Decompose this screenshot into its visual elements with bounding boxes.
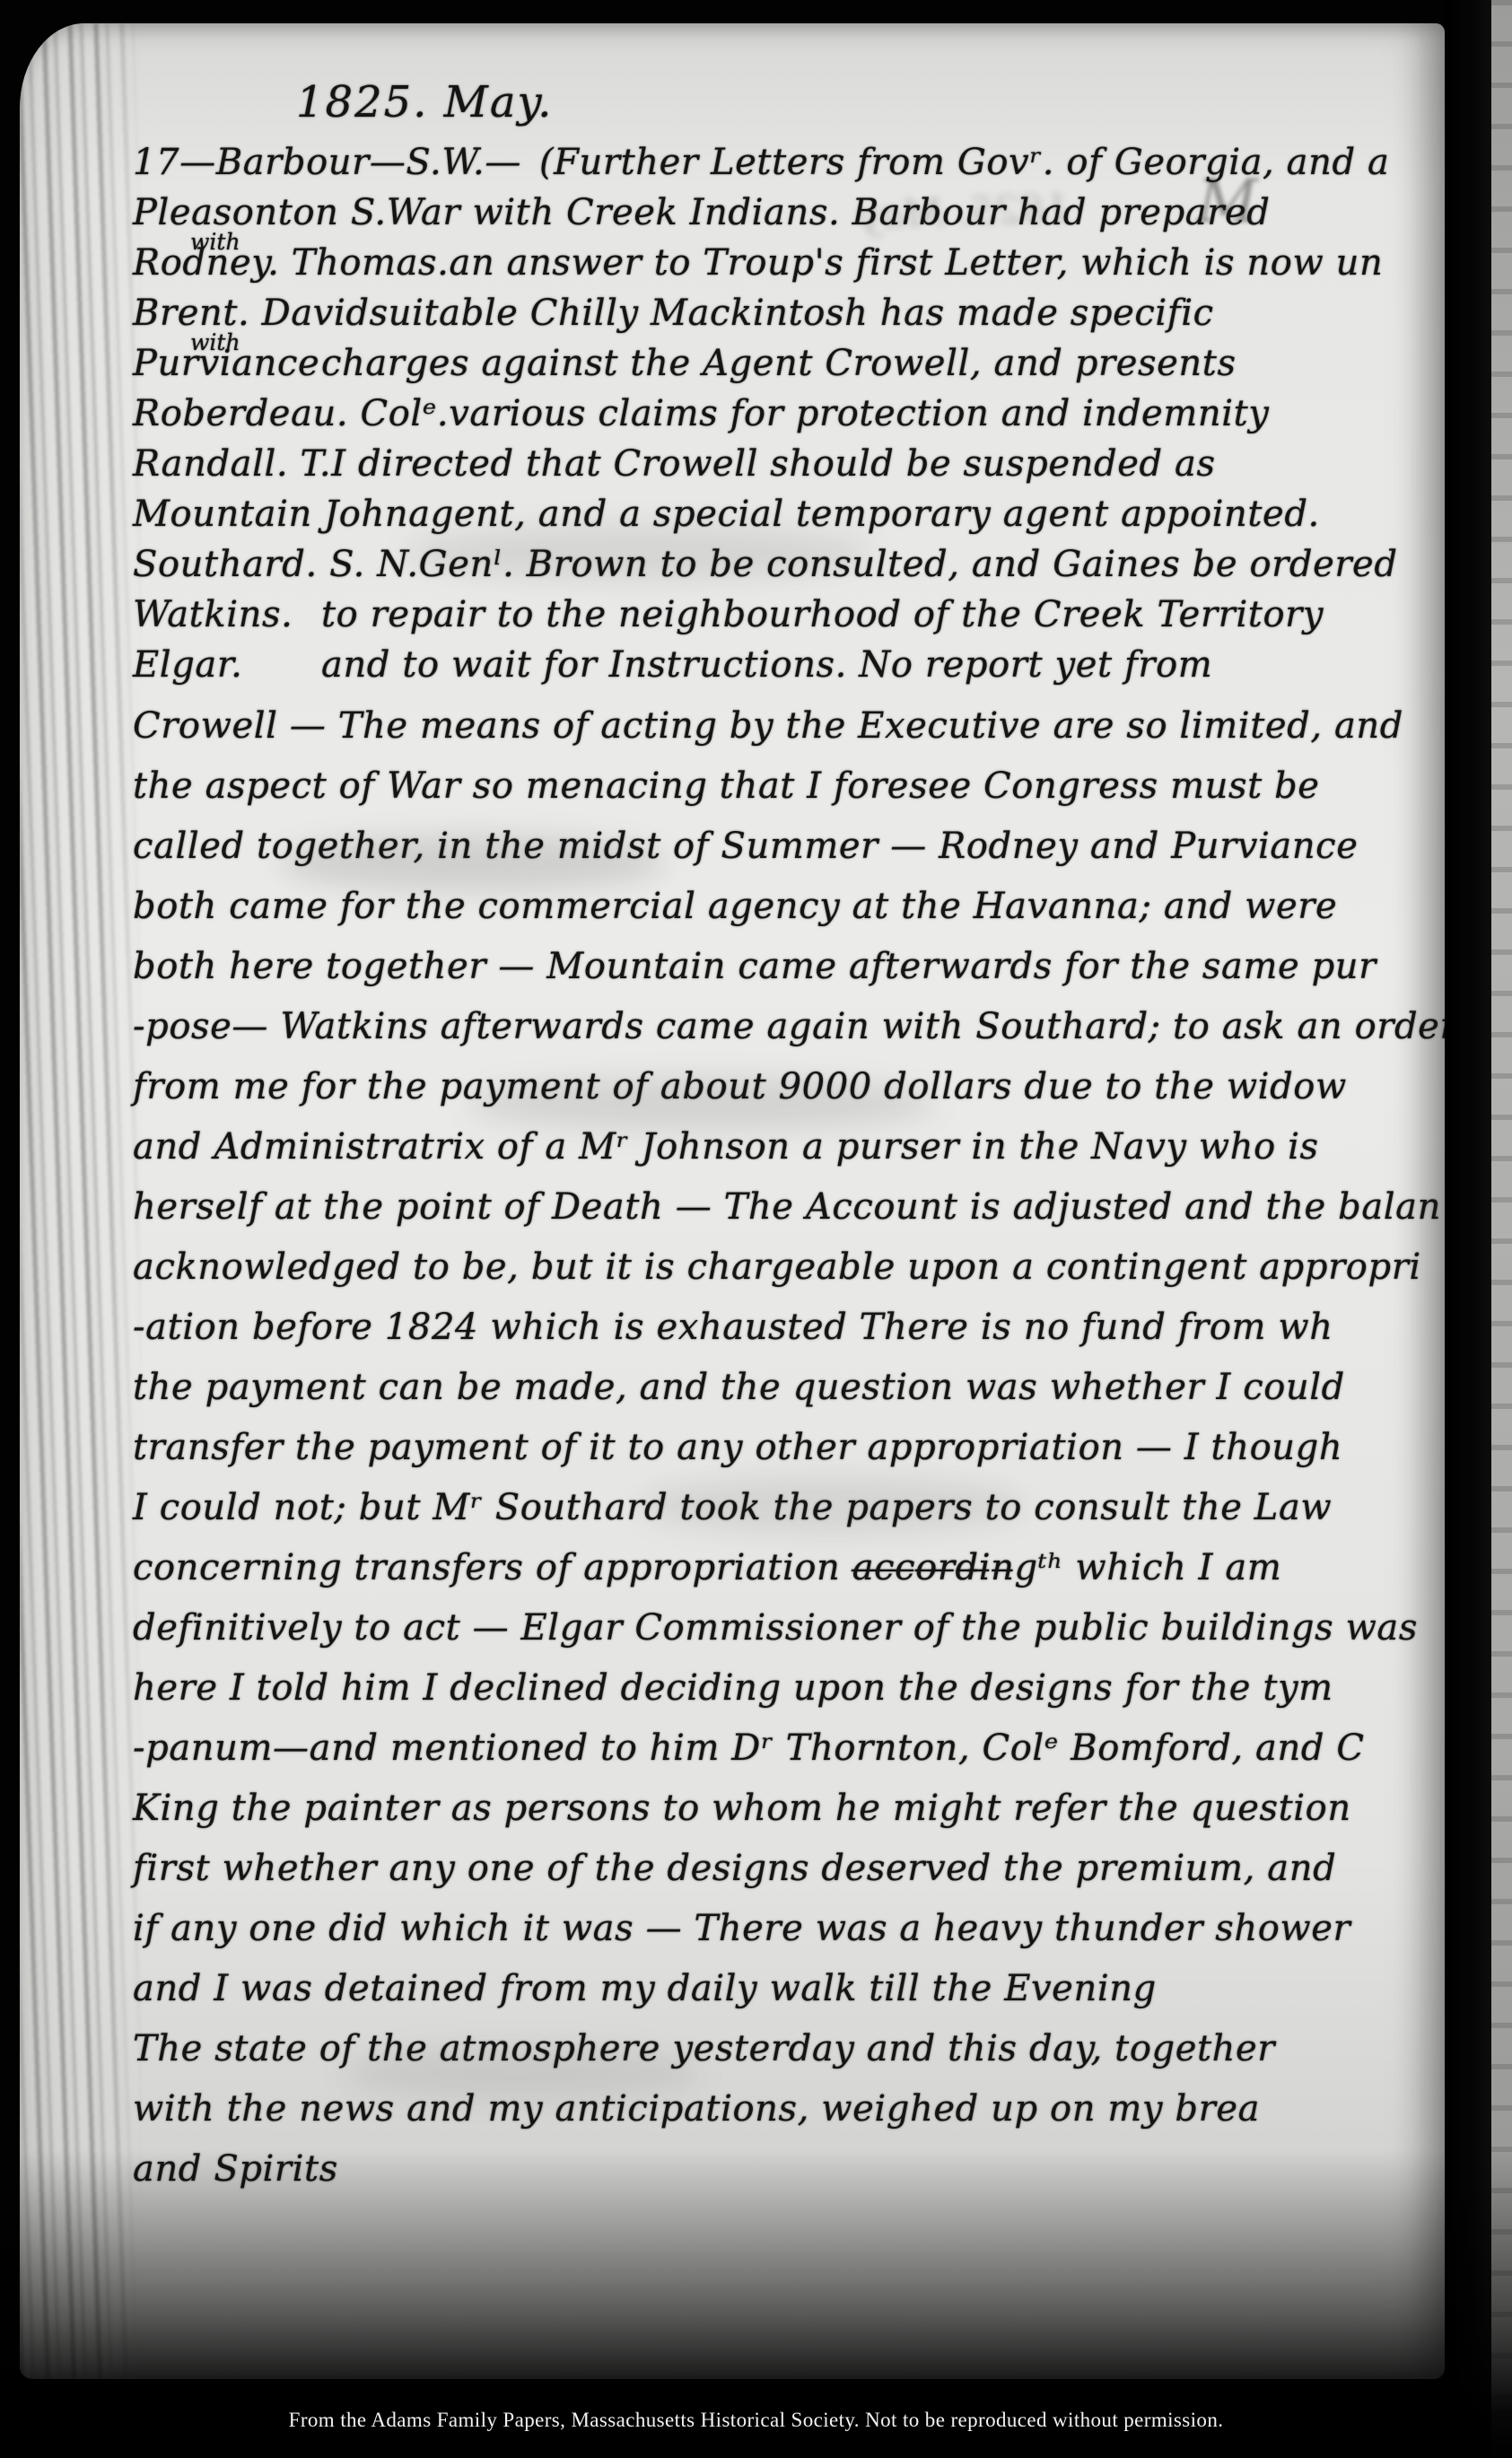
margin-visitor-name: Roberdeau. Colᵉ. xyxy=(133,393,449,434)
entry-line-text: called together, in the midst of Summer … xyxy=(133,826,1434,886)
entry-line-text: both came for the commercial agency at t… xyxy=(133,886,1434,946)
entry-line-text: first whether any one of the designs des… xyxy=(133,1848,1434,1908)
manuscript-photograph: 1825. May M 1825. May. 17—Barbour—S.W.— … xyxy=(0,0,1512,2458)
entry-line-text: Genˡ. Brown to be consulted, and Gaines … xyxy=(419,544,1398,585)
entry-line-text: I could not; but Mʳ Southard took the pa… xyxy=(133,1487,1434,1547)
entry-row: Mountain John agent, and a special tempo… xyxy=(133,494,1434,544)
entry-opening-line: 17—Barbour—S.W.— (Further Letters from G… xyxy=(133,142,1434,192)
book-gutter-shadow xyxy=(1445,0,1491,2458)
margin-name-text: Randall. T. xyxy=(133,443,331,485)
margin-name-text: Brent. David xyxy=(133,293,370,334)
entry-line-text: I directed that Crowell should be suspen… xyxy=(331,443,1215,485)
margin-visitor-name: Pleasonton S. xyxy=(133,192,387,233)
entry-line-text: (Further Letters from Govʳ. of Georgia, … xyxy=(539,142,1390,183)
archive-credit-line: From the Adams Family Papers, Massachuse… xyxy=(0,2409,1512,2432)
entry-row: Elgar. and to wait for Instructions. No … xyxy=(133,644,1434,695)
entry-line-text: transfer the payment of it to any other … xyxy=(133,1427,1434,1487)
margin-visitor-name: Randall. T. xyxy=(133,443,331,485)
entry-line-text: with the news and my anticipations, weig… xyxy=(133,2088,1434,2148)
margin-visitor-name: Southard. S. N. xyxy=(133,544,419,585)
entry-line-text: both here together — Mountain came after… xyxy=(133,946,1434,1006)
handwritten-entry: 1825. May. 17—Barbour—S.W.— (Further Let… xyxy=(133,54,1434,2209)
margin-visitor-name: Mountain John xyxy=(133,494,408,535)
entry-line-text: to repair to the neighbourhood of the Cr… xyxy=(321,594,1324,635)
entry-line-text: -ation before 1824 which is exhausted Th… xyxy=(133,1307,1434,1367)
entry-row: Southard. S. N. Genˡ. Brown to be consul… xyxy=(133,544,1434,594)
page-heading-date: 1825. May. xyxy=(296,77,1434,127)
entry-line-text: suitable Chilly Mackintosh has made spec… xyxy=(370,293,1214,334)
entry-row: with Purviance charges against the Agent… xyxy=(133,343,1434,393)
entry-line-text: and to wait for Instructions. No report … xyxy=(321,644,1212,686)
entry-line-text: charges against the Agent Crowell, and p… xyxy=(321,343,1237,384)
entry-line-text: here I told him I declined deciding upon… xyxy=(133,1667,1434,1728)
margin-name-text: Watkins. xyxy=(133,594,293,635)
margin-visitor-name: with Purviance xyxy=(133,343,321,384)
entry-line-text: acknowledged to be, but it is chargeable… xyxy=(133,1246,1434,1307)
entry-row: with Rodney. Thomas. an answer to Troup'… xyxy=(133,242,1434,293)
entry-line-text: -panum—and mentioned to him Dʳ Thornton,… xyxy=(133,1728,1434,1788)
entry-line-text: if any one did which it was — There was … xyxy=(133,1908,1434,1968)
margin-visitor-name: Watkins. xyxy=(133,594,321,635)
entry-line-text: agent, and a special temporary agent app… xyxy=(408,494,1320,535)
entry-row: Pleasonton S. War with Creek Indians. Ba… xyxy=(133,192,1434,242)
manuscript-page: 1825. May M 1825. May. 17—Barbour—S.W.— … xyxy=(20,23,1445,2379)
entry-line-text: War with Creek Indians. Barbour had prep… xyxy=(387,192,1271,233)
margin-visitor-name: Elgar. xyxy=(133,644,321,686)
entry-row: Watkins. to repair to the neighbourhood … xyxy=(133,594,1434,644)
facing-page-edge xyxy=(1491,0,1512,2458)
entry-row: Brent. David suitable Chilly Mackintosh … xyxy=(133,293,1434,343)
entry-margin-rows: Pleasonton S. War with Creek Indians. Ba… xyxy=(133,192,1434,695)
entry-line-text: various claims for protection and indemn… xyxy=(449,393,1269,434)
entry-body-lines: Crowell — The means of acting by the Exe… xyxy=(133,705,1434,2209)
entry-line-text: and Administratrix of a Mʳ Johnson a pur… xyxy=(133,1126,1434,1186)
margin-visitor-name: with Rodney. Thomas. xyxy=(133,242,450,284)
margin-name-text: Roberdeau. Colᵉ. xyxy=(133,393,449,434)
entry-line-text: an answer to Troup's first Letter, which… xyxy=(450,242,1384,284)
margin-visitor-name: Brent. David xyxy=(133,293,370,334)
margin-name-text: Mountain John xyxy=(133,494,408,535)
entry-line-text: from me for the payment of about 9000 do… xyxy=(133,1066,1434,1126)
entry-line-text: King the painter as persons to whom he m… xyxy=(133,1788,1434,1848)
entry-day-and-first-name: 17—Barbour—S.W.— xyxy=(133,142,521,183)
entry-line-text: the aspect of War so menacing that I for… xyxy=(133,765,1434,826)
margin-name-text: Elgar. xyxy=(133,644,243,686)
entry-margin-block: 17—Barbour—S.W.— (Further Letters from G… xyxy=(133,142,1434,695)
entry-line-text: concerning transfers of appropriation a̶… xyxy=(133,1547,1434,1607)
margin-name-text: Pleasonton S. xyxy=(133,192,387,233)
margin-name-text: Rodney. Thomas. xyxy=(133,242,450,284)
entry-line-text: herself at the point of Death — The Acco… xyxy=(133,1186,1434,1246)
page-stack-deckled-edge xyxy=(20,23,144,2379)
margin-above-word: with xyxy=(190,329,240,355)
entry-line-text: The state of the atmosphere yesterday an… xyxy=(133,2028,1434,2088)
entry-line-text: definitively to act — Elgar Commissioner… xyxy=(133,1607,1434,1667)
entry-row: Randall. T. I directed that Crowell shou… xyxy=(133,443,1434,494)
entry-line-text: the payment can be made, and the questio… xyxy=(133,1367,1434,1427)
entry-line-text: and I was detained from my daily walk ti… xyxy=(133,1968,1434,2028)
margin-name-text: Southard. S. N. xyxy=(133,544,419,585)
entry-line-text: -pose— Watkins afterwards came again wit… xyxy=(133,1006,1434,1066)
entry-line-text: Crowell — The means of acting by the Exe… xyxy=(133,705,1434,765)
entry-row: Roberdeau. Colᵉ. various claims for prot… xyxy=(133,393,1434,443)
margin-above-word: with xyxy=(190,229,240,255)
